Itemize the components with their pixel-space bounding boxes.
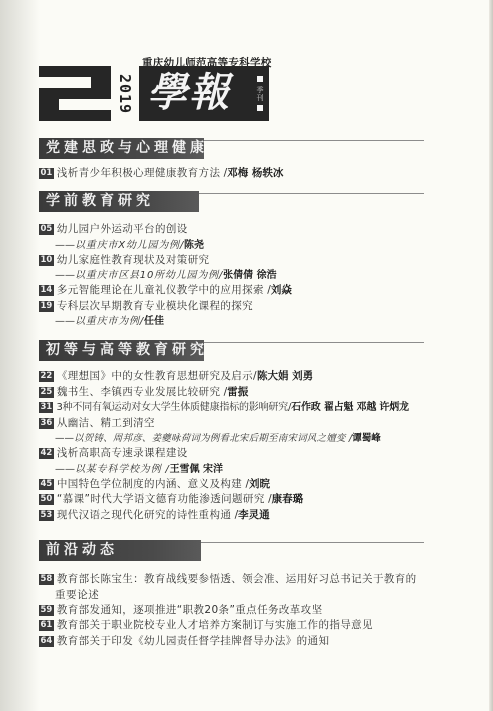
- masthead: 重庆幼儿师范高等专科学校 2019 學報 季刊: [39, 55, 269, 123]
- author: 陈尧: [184, 240, 204, 251]
- page-number-badge: 58: [39, 574, 54, 585]
- section-heading: 党建思政与心理健康: [39, 138, 204, 159]
- author: 任佳: [144, 316, 164, 327]
- toc-entry[interactable]: 25魏书生、李镇西专业发展比较研究 /雷振: [39, 385, 424, 401]
- toc-entry[interactable]: 45中国特色学位制度的内涵、意义及构建 /刘晥: [39, 477, 424, 493]
- author: 谭蜀峰: [352, 433, 381, 444]
- section-frontier-news: 前沿动态 58教育部长陈宝生：教育战线要参悟透、领会准、运用好习总书记关于教育的…: [39, 540, 424, 649]
- toc-entry[interactable]: 64教育部关于印发《幼儿园责任督学挂牌督导办法》的通知: [39, 634, 424, 650]
- author: 康春璐: [272, 493, 304, 505]
- gutter-shadow: [0, 0, 40, 711]
- section-party-building: 党建思政与心理健康 01浅析青少年积极心理健康教育方法 /邓梅 杨轶冰: [39, 138, 424, 182]
- section-primary-higher-education: 初等与高等教育研究 22《理想国》中的女性教育思想研究及启示/陈大娟 刘勇 25…: [39, 340, 424, 523]
- toc-continuation: 重要论述: [39, 588, 424, 603]
- frequency-label: 季刊: [256, 86, 264, 102]
- toc-entry[interactable]: 58教育部长陈宝生：教育战线要参悟透、领会准、运用好习总书记关于教育的: [39, 572, 424, 588]
- author: 刘晥: [249, 478, 270, 490]
- toc-entry[interactable]: 42浅析高职高专速录课程建设: [39, 446, 424, 462]
- year-label: 2019: [117, 66, 133, 121]
- page-number-badge: 53: [39, 510, 54, 521]
- page-number-badge: 14: [39, 285, 54, 296]
- author: 陈大娟 刘勇: [257, 370, 313, 382]
- author: 李灵通: [238, 509, 270, 521]
- section-heading: 初等与高等教育研究: [39, 340, 204, 361]
- divider: [204, 342, 424, 343]
- section-preschool-education: 学前教育研究 05幼儿园户外运动平台的创设 ——以重庆市X幼儿园为例/陈尧 10…: [39, 191, 424, 329]
- page-number-badge: 64: [39, 636, 54, 647]
- toc-entry[interactable]: 53现代汉语之现代化研究的诗性重构通 /李灵通: [39, 508, 424, 524]
- journal-title: 學報: [147, 70, 231, 116]
- page-number-badge: 25: [39, 387, 54, 398]
- page-number-badge: 19: [39, 301, 54, 312]
- page-number-badge: 22: [39, 371, 54, 382]
- logo-two-icon: [39, 66, 111, 121]
- page-number-badge: 42: [39, 448, 54, 459]
- toc-entry[interactable]: 01浅析青少年积极心理健康教育方法 /邓梅 杨轶冰: [39, 166, 424, 182]
- page-number-badge: 10: [39, 255, 54, 266]
- page-number-badge: 36: [39, 418, 54, 429]
- author: 张倩倩 徐浩: [223, 270, 276, 281]
- toc-subtitle: ——以重庆市区县10所幼儿园为例/张倩倩 徐浩: [39, 268, 424, 283]
- page-number-badge: 59: [39, 605, 54, 616]
- toc-entry[interactable]: 14多元智能理论在儿童礼仪教学中的应用探索 /刘焱: [39, 283, 424, 299]
- toc-subtitle: ——以贺铸、周邦彦、姜夔咏荷词为例看北宋后期至南宋词风之嬗变 /谭蜀峰: [39, 431, 424, 446]
- toc-entry[interactable]: 50“慕课”时代大学语文德育功能渗透问题研究 /康春璐: [39, 492, 424, 508]
- author: 邓梅 杨轶冰: [227, 167, 283, 179]
- page-number-badge: 31: [39, 402, 53, 413]
- divider: [201, 542, 424, 543]
- toc-entry[interactable]: 59教育部发通知，逐项推进“职教20条”重点任务改革攻坚: [39, 603, 424, 619]
- page-number-badge: 05: [39, 224, 54, 235]
- toc-subtitle: ——以重庆市为例/任佳: [39, 314, 424, 329]
- page-number-badge: 50: [39, 494, 54, 505]
- divider: [199, 193, 424, 194]
- journal-title-block: 學報 季刊: [139, 66, 269, 121]
- toc-entry[interactable]: 36从幽洁、精工到清空: [39, 416, 424, 432]
- toc-subtitle: ——以重庆市X幼儿园为例/陈尧: [39, 238, 424, 253]
- toc-entry[interactable]: 10幼儿家庭性教育现状及对策研究: [39, 253, 424, 269]
- toc-entry[interactable]: 05幼儿园户外运动平台的创设: [39, 222, 424, 238]
- page-edge: [489, 0, 493, 711]
- toc-entry[interactable]: 19专科层次早期教育专业模块化课程的探究: [39, 299, 424, 315]
- author: 石作政 翟占魁 邓越 许炳龙: [291, 402, 409, 413]
- author: 王雪佩 宋洋: [170, 464, 223, 475]
- square-ornament-icon: [257, 105, 263, 111]
- author: 刘焱: [271, 284, 292, 296]
- page-number-badge: 61: [39, 620, 54, 631]
- section-heading: 学前教育研究: [39, 191, 199, 212]
- toc-subtitle: ——以某专科学校为例 /王雪佩 宋洋: [39, 462, 424, 477]
- page-number-badge: 01: [39, 168, 54, 179]
- toc-entry[interactable]: 313种不同有氧运动对女大学生体质健康指标的影响研究/石作政 翟占魁 邓越 许炳…: [39, 400, 424, 416]
- toc-entry[interactable]: 22《理想国》中的女性教育思想研究及启示/陈大娟 刘勇: [39, 369, 424, 385]
- divider: [204, 140, 424, 141]
- toc-entry[interactable]: 61教育部关于职业院校专业人才培养方案制订与实施工作的指导意见: [39, 618, 424, 634]
- square-ornament-icon: [257, 76, 263, 82]
- author: 雷振: [227, 386, 248, 398]
- page-number-badge: 45: [39, 479, 54, 490]
- section-heading: 前沿动态: [39, 540, 201, 561]
